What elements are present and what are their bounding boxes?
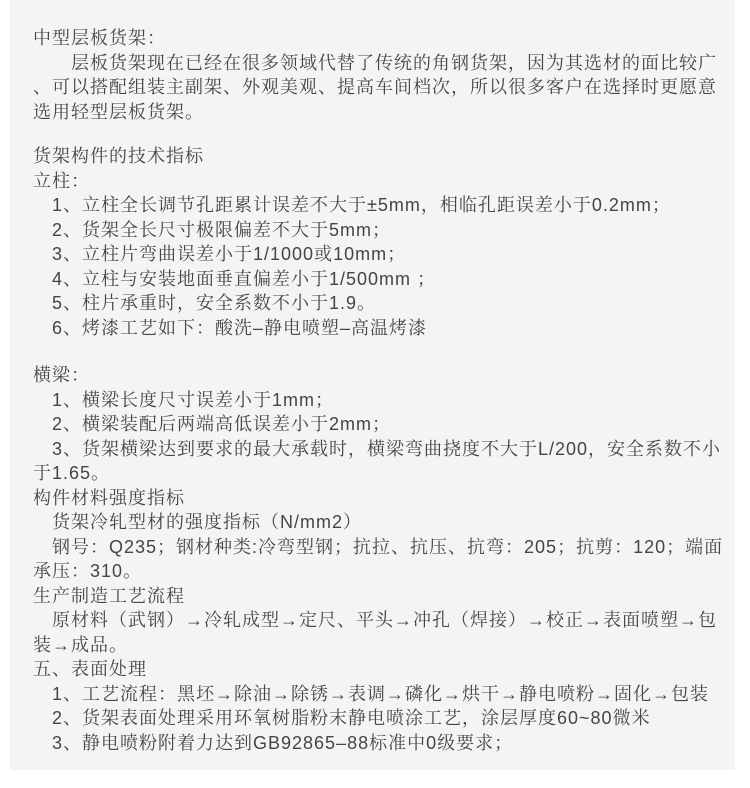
- doc-line: 承压：310。: [33, 559, 735, 584]
- heading-upright: 立柱：: [33, 169, 735, 194]
- doc-line: 1、横梁长度尺寸误差小于1mm；: [33, 388, 735, 413]
- doc-line: 原材料（武钢）→冷轧成型→定尺、平头→冲孔（焊接）→校正→表面喷塑→包: [33, 608, 735, 633]
- doc-line: 4、立柱与安装地面垂直偏差小于1/500mm ；: [33, 267, 735, 292]
- doc-line: 装→成品。: [33, 633, 735, 658]
- doc-line: 2、横梁装配后两端高低误差小于2mm；: [33, 412, 735, 437]
- doc-line: 1、立柱全长调节孔距累计误差不大于±5mm，相临孔距误差小于0.2mm；: [33, 193, 735, 218]
- doc-line: 1、工艺流程：黑坯→除油→除锈→表调→磷化→烘干→静电喷粉→固化→包装: [33, 682, 735, 707]
- doc-line: 3、货架横梁达到要求的最大承载时，横梁弯曲挠度不大于L/200，安全系数不小: [33, 437, 735, 462]
- doc-line: 货架冷轧型材的强度指标（N/mm2）: [33, 510, 735, 535]
- doc-line: 、可以搭配组装主副架、外观美观、提高车间档次，所以很多客户在选择时更愿意: [33, 75, 735, 100]
- doc-line: 3、立柱片弯曲误差小于1/1000或10mm；: [33, 242, 735, 267]
- doc-line: 层板货架现在已经在很多领域代替了传统的角钢货架，因为其选材的面比较广: [33, 51, 735, 76]
- doc-line: 2、货架表面处理采用环氧树脂粉末静电喷涂工艺，涂层厚度60~80微米: [33, 706, 735, 731]
- page-root: 中型层板货架： 层板货架现在已经在很多领域代替了传统的角钢货架，因为其选材的面比…: [0, 0, 750, 788]
- content-panel: 中型层板货架： 层板货架现在已经在很多领域代替了传统的角钢货架，因为其选材的面比…: [10, 0, 735, 770]
- heading-beam: 横梁：: [33, 363, 735, 388]
- doc-title: 中型层板货架：: [33, 26, 735, 51]
- doc-line: 6、烤漆工艺如下：酸洗–静电喷塑–高温烤漆: [33, 316, 735, 341]
- heading-surface-treatment: 五、表面处理: [33, 657, 735, 682]
- heading-material-strength: 构件材料强度指标: [33, 486, 735, 511]
- doc-line: 2、货架全长尺寸极限偏差不大于5mm；: [33, 218, 735, 243]
- document-body: 中型层板货架： 层板货架现在已经在很多领域代替了传统的角钢货架，因为其选材的面比…: [10, 0, 735, 755]
- doc-line: 于1.65。: [33, 461, 735, 486]
- doc-line: 3、静电喷粉附着力达到GB92865–88标准中0级要求；: [33, 731, 735, 756]
- doc-line: 选用轻型层板货架。: [33, 100, 735, 125]
- heading-production-process: 生产制造工艺流程: [33, 584, 735, 609]
- doc-line: 钢号：Q235；钢材种类:冷弯型钢；抗拉、抗压、抗弯：205；抗剪：120；端面: [33, 535, 735, 560]
- heading-tech-specs: 货架构件的技术指标: [33, 144, 735, 169]
- doc-line: 5、柱片承重时，安全系数不小于1.9。: [33, 291, 735, 316]
